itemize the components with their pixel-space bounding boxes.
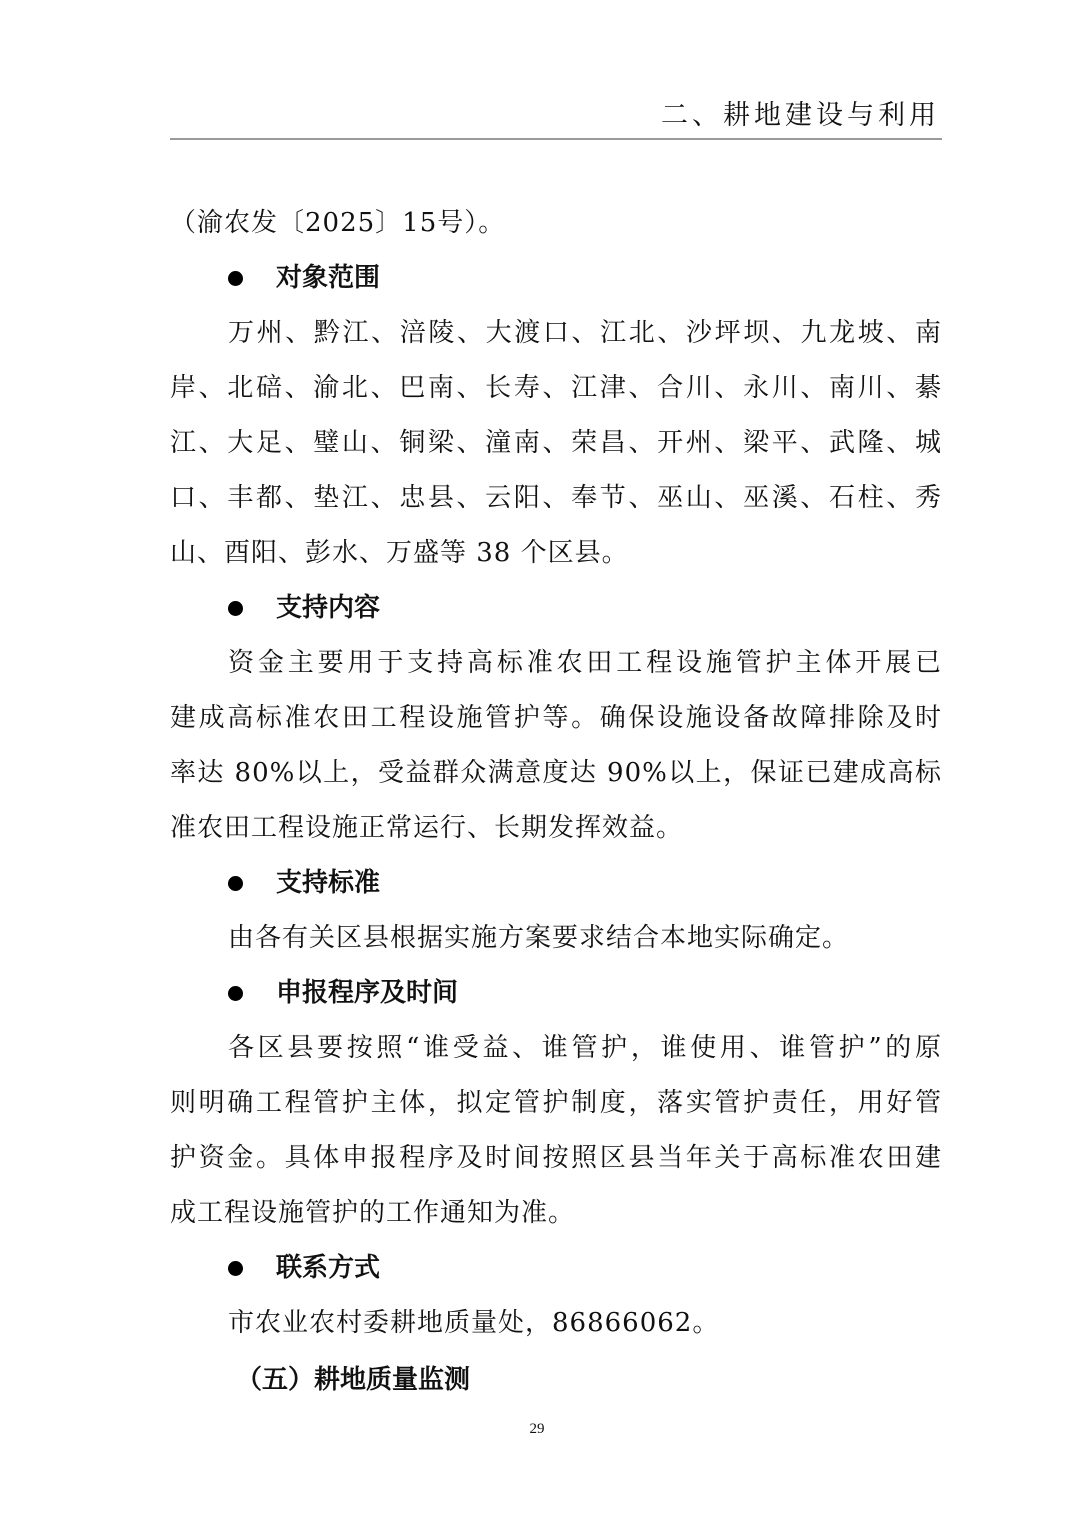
header-rule [170, 138, 942, 140]
section-heading-text: 支持标准 [276, 856, 380, 911]
bullet-icon [228, 271, 243, 286]
next-section-heading: （五）耕地质量监测 [170, 1351, 942, 1409]
bullet-icon [228, 1261, 243, 1276]
paragraph-line: 护资金。具体申报程序及时间按照区县当年关于高标准农田建 [170, 1131, 942, 1186]
paragraph-line: 万州、黔江、涪陵、大渡口、江北、沙坪坝、九龙坡、南 [170, 306, 942, 361]
contact-line: 市农业农村委耕地质量处，86866062。 [170, 1296, 942, 1351]
section-heading-text: 支持内容 [276, 581, 380, 636]
running-header-title: 二、耕地建设与利用 [661, 96, 940, 136]
section-heading-text: 申报程序及时间 [276, 966, 458, 1021]
paragraph-line: 则明确工程管护主体，拟定管护制度，落实管护责任，用好管 [170, 1076, 942, 1131]
section-heading-standard: 支持标准 [170, 856, 942, 911]
paragraph-line: 由各有关区县根据实施方案要求结合本地实际确定。 [170, 911, 942, 966]
section-heading-procedure: 申报程序及时间 [170, 966, 942, 1021]
paragraph-line: 山、酉阳、彭水、万盛等 38 个区县。 [170, 526, 942, 581]
bullet-icon [228, 601, 243, 616]
section-heading-scope: 对象范围 [170, 251, 942, 306]
paragraph-line: 建成高标准农田工程设施管护等。确保设施设备故障排除及时 [170, 691, 942, 746]
paragraph-line: 率达 80%以上，受益群众满意度达 90%以上，保证已建成高标 [170, 746, 942, 801]
paragraph-line: 岸、北碚、渝北、巴南、长寿、江津、合川、永川、南川、綦 [170, 361, 942, 416]
paragraph-line: 准农田工程设施正常运行、长期发挥效益。 [170, 801, 942, 856]
intro-line: （渝农发〔2025〕15号）。 [170, 196, 942, 251]
paragraph-line: 口、丰都、垫江、忠县、云阳、奉节、巫山、巫溪、石柱、秀 [170, 471, 942, 526]
paragraph-line: 各区县要按照“谁受益、谁管护，谁使用、谁管护”的原 [170, 1021, 942, 1076]
section-heading-text: 对象范围 [276, 251, 380, 306]
paragraph-line: 资金主要用于支持高标准农田工程设施管护主体开展已 [170, 636, 942, 691]
section-heading-contact: 联系方式 [170, 1241, 942, 1296]
bullet-icon [228, 876, 243, 891]
page-content: （渝农发〔2025〕15号）。 对象范围 万州、黔江、涪陵、大渡口、江北、沙坪坝… [170, 196, 942, 1409]
bullet-icon [228, 986, 243, 1001]
paragraph-line: 成工程设施管护的工作通知为准。 [170, 1186, 942, 1241]
page-number: 29 [0, 1421, 1074, 1438]
section-heading-content: 支持内容 [170, 581, 942, 636]
section-heading-text: 联系方式 [276, 1241, 380, 1296]
paragraph-line: 江、大足、璧山、铜梁、潼南、荣昌、开州、梁平、武隆、城 [170, 416, 942, 471]
